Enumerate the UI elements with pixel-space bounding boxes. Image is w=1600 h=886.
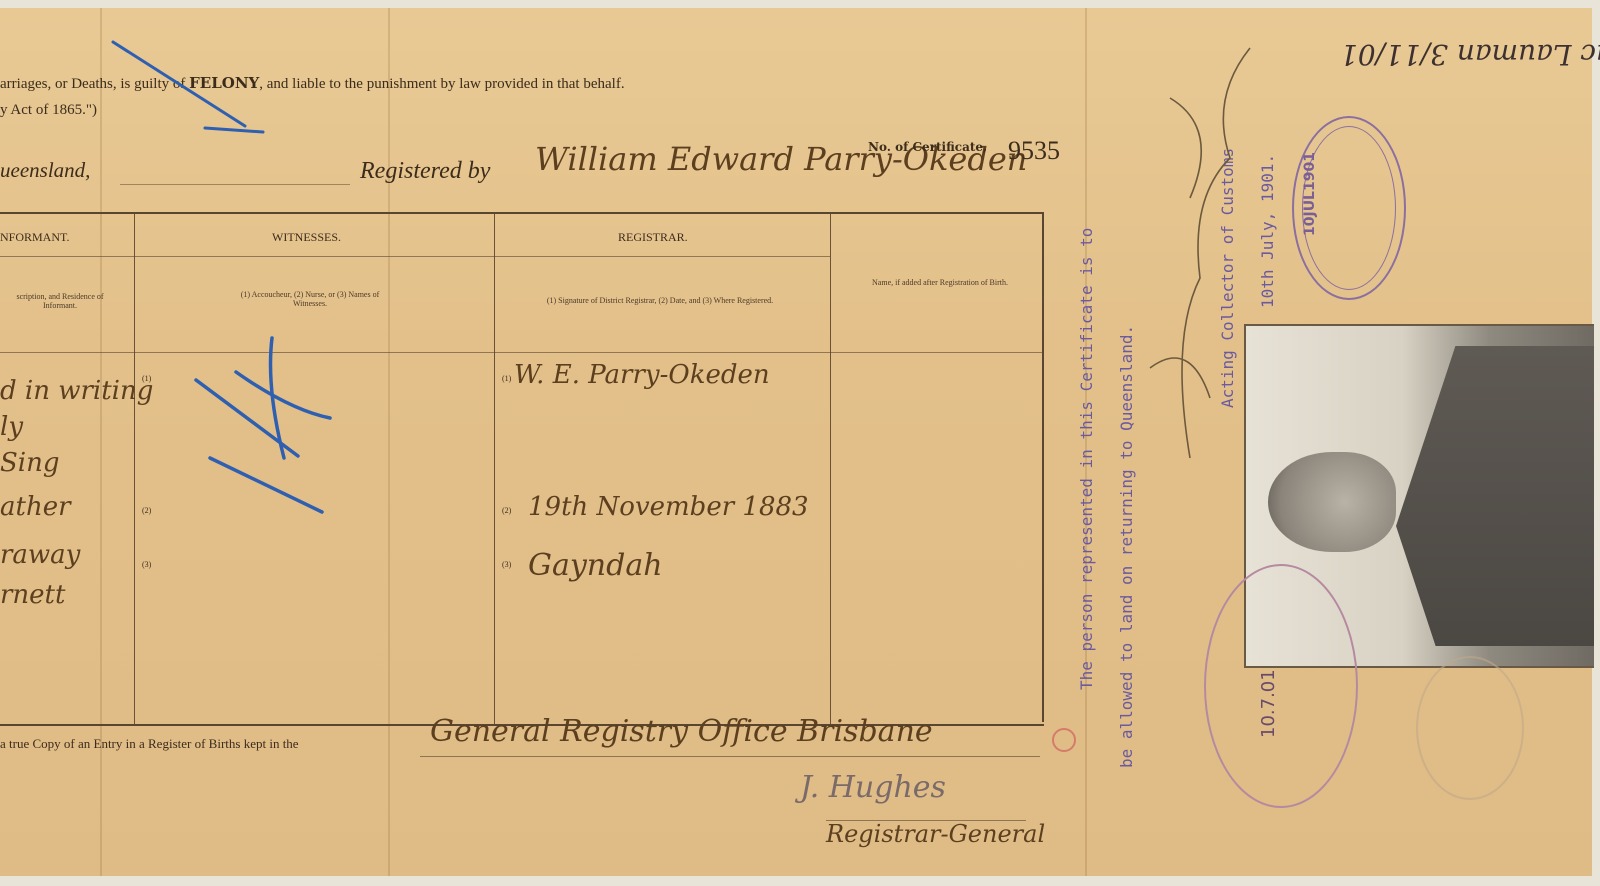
registered-by-label: Registered by [360,158,490,185]
column-divider [134,214,135,724]
blue-pencil-cross-mark-icon [190,328,350,528]
blank-line [120,184,350,185]
column-divider [494,214,495,724]
certificate-paper: arriages, or Deaths, is guilty of FELONY… [0,8,1592,876]
informant-line: ly [0,412,23,442]
col-sub-name-added: Name, if added after Registration of Bir… [850,278,1030,287]
felony-warning: arriages, or Deaths, is guilty of FELONY… [0,74,625,93]
place-label: ueensland, [0,158,90,183]
registrar-general-signature: J. Hughes [800,770,946,805]
stamp2-date: 10.7.01 [1258,669,1279,738]
blue-pencil-arrow-icon [105,36,275,146]
informant-line: d in writing [0,376,153,406]
photo-coat [1396,346,1594,646]
stamp-date: 10JUL1901 [1302,152,1318,236]
witness-marker: (3) [142,560,151,569]
col-heading-informant: NFORMANT. [0,230,69,245]
warning-text-suffix: , and liable to the punishment by law pr… [259,76,624,92]
informant-line: ather [0,492,71,522]
act-reference: y Act of 1865.") [0,102,97,119]
col-sub-informant: scription, and Residence of Informant. [0,292,120,310]
informant-line: Sing [0,448,60,478]
customs-statement-line1: The person represented in this Certifica… [1077,228,1096,690]
column-divider [830,214,831,724]
true-copy-statement: a true Copy of an Entry in a Register of… [0,736,299,752]
inverted-handwritten-note: Lauce ac Lauman 3/11/01 [1340,38,1600,71]
customs-stamp: 10JUL1901 [1292,116,1406,300]
registrar-general-title: Registrar-General [826,820,1045,848]
reconditioned-stamp: 10.7.01 [1204,564,1358,808]
table-top-rule [0,212,1044,214]
red-seal-icon [1052,728,1076,752]
col-sub-registrar: (1) Signature of District Registrar, (2)… [530,296,790,305]
col-sub-witnesses: (1) Accoucheur, (2) Nurse, or (3) Names … [240,290,380,308]
fold-line [388,8,390,876]
certificate-number-label: No. of Certificate, [868,140,987,154]
certificate-number: 9535 [1008,136,1060,166]
witness-marker: (1) [142,374,151,383]
registry-office: General Registry Office Brisbane [430,714,933,749]
table-right-rule [1042,212,1044,722]
embossed-seal [1416,656,1524,800]
col-heading-registrar: REGISTRAR. [618,230,688,245]
registrar-marker: (3) [502,560,511,569]
registrar-marker: (1) [502,374,511,383]
informant-line: rnett [0,580,65,610]
registration-place: Gayndah [528,548,663,583]
heading-rule [0,256,830,257]
office-underline [420,756,1040,757]
registrar-marker: (2) [502,506,511,515]
subheading-rule [0,352,1042,353]
informant-line: raway [0,540,80,570]
col-heading-witnesses: WITNESSES. [272,230,341,245]
registration-date: 19th November 1883 [528,492,809,522]
registrar-signature: W. E. Parry-Okeden [514,360,770,390]
photo-face [1268,452,1396,552]
witness-marker: (2) [142,506,151,515]
